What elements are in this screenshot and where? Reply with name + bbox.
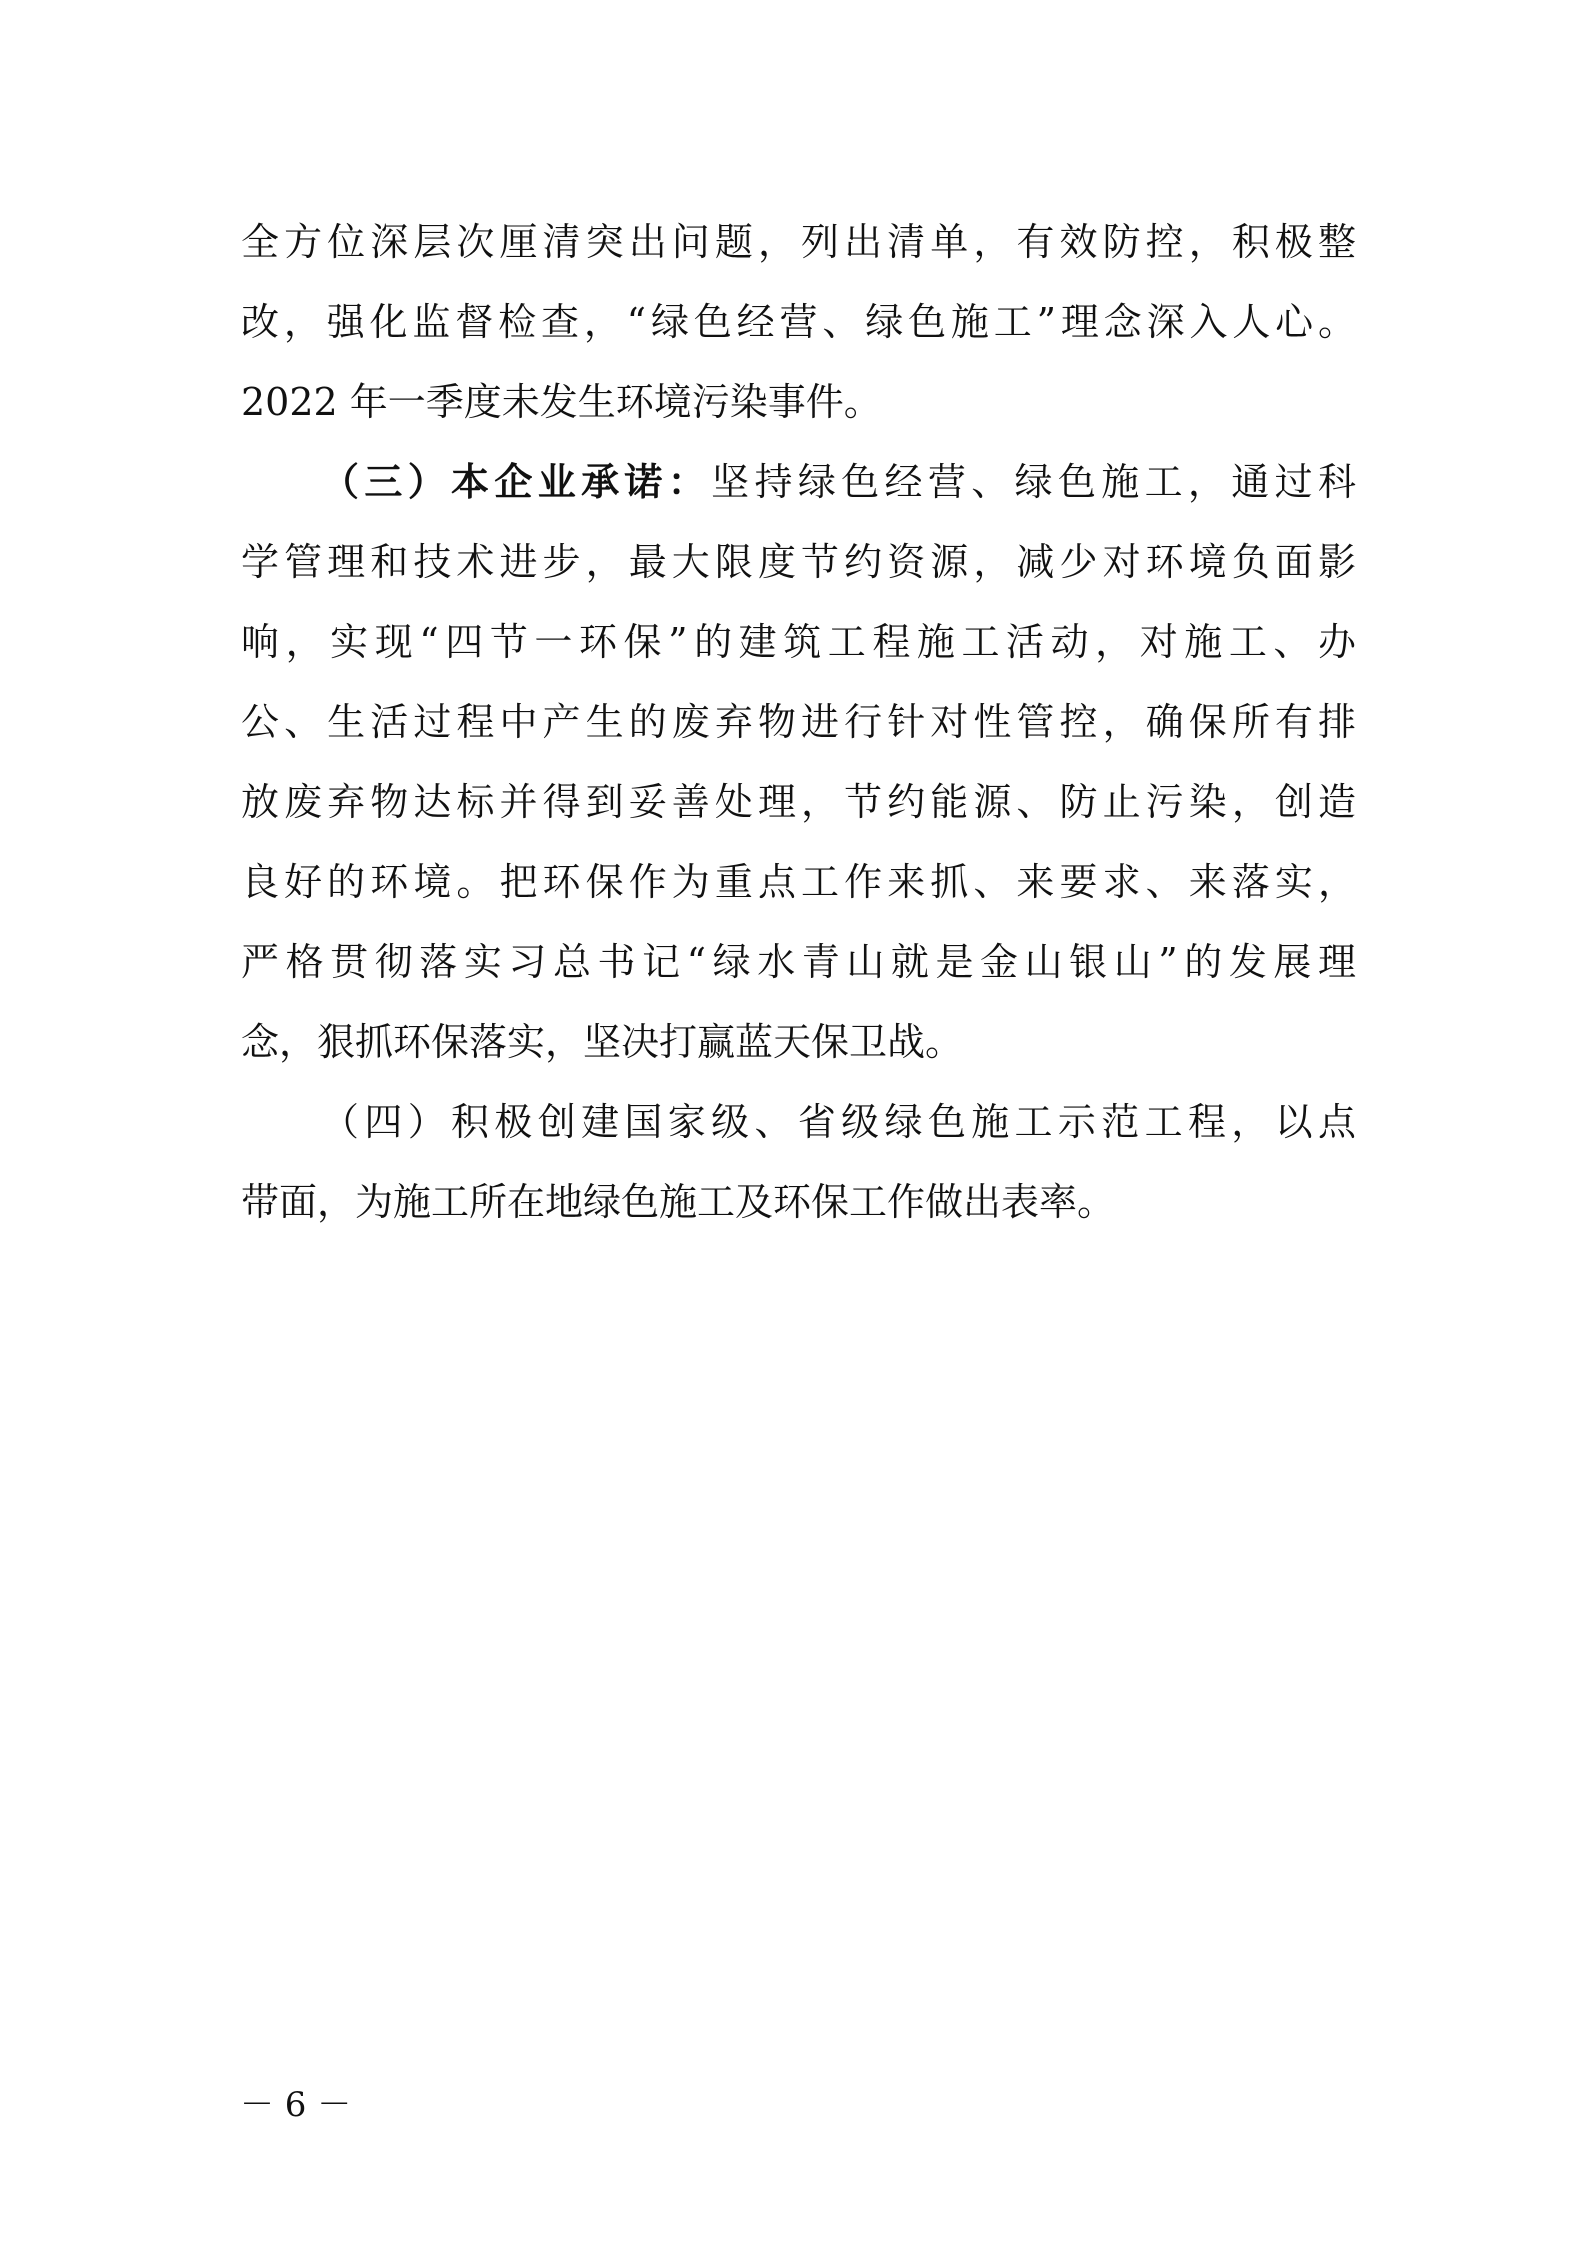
paragraph-2-line-1-text: 坚持绿色经营、绿色施工，通过科 [711,460,1356,504]
paragraph-2-line-5: 放废弃物达标并得到妥善处理，节约能源、防止污染，创造 [241,772,1356,832]
paragraph-2-line-2: 学管理和技术进步，最大限度节约资源，减少对环境负面影 [241,532,1356,592]
paragraph-2-line-1: （三）本企业承诺：坚持绿色经营、绿色施工，通过科 [321,452,1356,512]
page-number: － 6 － [240,2085,351,2125]
section-heading-3: （三）本企业承诺： [321,459,711,504]
paragraph-2-line-8: 念，狠抓环保落实，坚决打赢蓝天保卫战。 [241,1012,1356,1072]
paragraph-2-line-3: 响，实现“四节一环保”的建筑工程施工活动，对施工、办 [241,612,1356,672]
paragraph-2-line-4: 公、生活过程中产生的废弃物进行针对性管控，确保所有排 [241,692,1356,752]
paragraph-2-line-7: 严格贯彻落实习总书记“绿水青山就是金山银山”的发展理 [241,932,1356,992]
paragraph-1-line-2: 改，强化监督检查，“绿色经营、绿色施工”理念深入人心。 [241,292,1356,352]
paragraph-3-line-2: 带面，为施工所在地绿色施工及环保工作做出表率。 [241,1172,1356,1232]
paragraph-3-line-1: （四）积极创建国家级、省级绿色施工示范工程，以点 [321,1092,1356,1152]
paragraph-1-line-1: 全方位深层次厘清突出问题，列出清单，有效防控，积极整 [241,212,1356,272]
document-page: 全方位深层次厘清突出问题，列出清单，有效防控，积极整 改，强化监督检查，“绿色经… [0,0,1587,2245]
paragraph-2-line-6: 良好的环境。把环保作为重点工作来抓、来要求、来落实， [241,852,1356,912]
paragraph-1-line-3: 2022 年一季度未发生环境污染事件。 [241,372,1356,432]
